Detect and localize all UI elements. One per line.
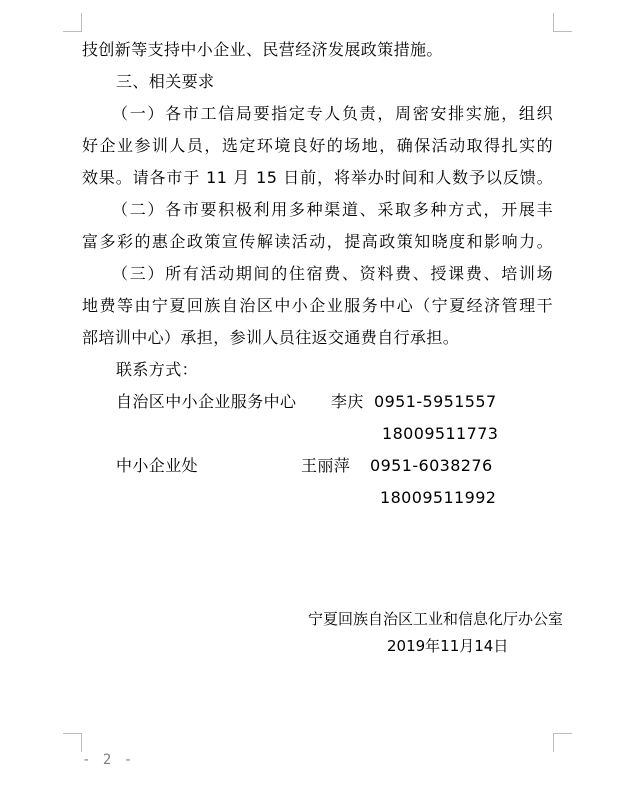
paragraph-line: （一）各市工信局要指定专人负责，周密安排实施，组织 <box>112 104 553 124</box>
paragraph-line: 技创新等支持中小企业、民营经济发展政策措施。 <box>82 40 443 60</box>
contact-org: 自治区中小企业服务中心 <box>116 392 296 412</box>
paragraph-line: （三）所有活动期间的住宿费、资料费、授课费、培训场 <box>112 264 553 284</box>
margin-corner-top-left <box>63 13 82 32</box>
paragraph-line: 部培训中心）承担，参训人员往返交通费自行承担。 <box>82 328 553 348</box>
issuer-name: 宁夏回族自治区工业和信息化厅办公室 <box>308 609 563 629</box>
paragraph-line: 效果。请各市于 11 月 15 日前，将举办时间和人数予以反馈。 <box>82 168 553 188</box>
margin-corner-bottom-right <box>553 733 572 752</box>
contact-mobile: 18009511992 <box>380 488 496 508</box>
section-heading: 三、相关要求 <box>116 72 214 92</box>
contact-heading: 联系方式： <box>116 360 198 380</box>
paragraph-line: 好企业参训人员，选定环境良好的场地，确保活动取得扎实的 <box>82 136 553 156</box>
margin-corner-top-right <box>553 13 572 32</box>
contact-person: 王丽萍 <box>301 456 350 476</box>
contact-person: 李庆 <box>331 392 364 412</box>
contact-phone: 0951-5951557 <box>374 392 497 412</box>
page-number: - 2 - <box>82 752 134 768</box>
contact-phone: 0951-6038276 <box>370 456 493 476</box>
issue-date: 2019年11月14日 <box>387 636 508 656</box>
margin-corner-bottom-left <box>63 733 82 752</box>
contact-mobile: 18009511773 <box>382 424 498 444</box>
paragraph-line: （二）各市要积极利用多种渠道、采取多种方式，开展丰 <box>112 200 553 220</box>
paragraph-line: 富多彩的惠企政策宣传解读活动，提高政策知晓度和影响力。 <box>82 232 553 252</box>
contact-org: 中小企业处 <box>116 456 198 476</box>
paragraph-line: 地费等由宁夏回族自治区中小企业服务中心（宁夏经济管理干 <box>82 296 553 316</box>
